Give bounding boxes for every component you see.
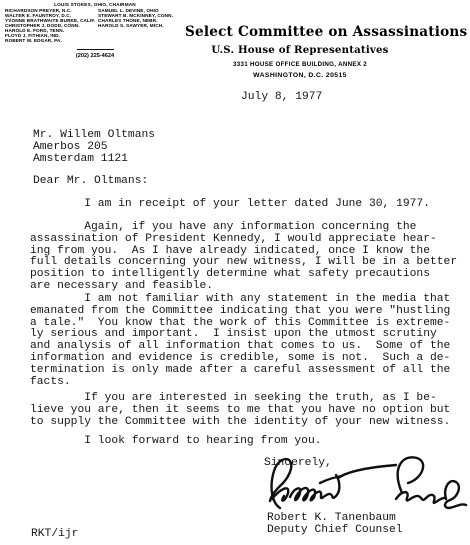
chamber-name: U.S. House of Representatives xyxy=(185,44,415,56)
phone-number: (202) 225-4624 xyxy=(0,53,190,59)
recipient-address: Mr. Willem OltmansAmerbos 205Amsterdam 1… xyxy=(33,130,155,165)
phone-divider-rule xyxy=(77,49,114,50)
members-column-left: RICHARDSON PREYER, N.C. WALTER E. FAUNTR… xyxy=(5,8,95,43)
paragraph-5: I look forward to hearing from you. xyxy=(30,436,468,448)
signature-ink xyxy=(290,475,342,500)
member-name: ROBERT W. EDGAR, PA. xyxy=(5,38,95,43)
signature-ink xyxy=(270,459,291,508)
reference-initials: RKT/ijr xyxy=(31,529,78,541)
letterhead-title-block: Select Committee on Assassinations U.S. … xyxy=(185,24,415,79)
committee-name: Select Committee on Assassinations xyxy=(185,24,415,40)
recipient-city: Amsterdam 1121 xyxy=(33,154,155,166)
signature-ink xyxy=(445,481,466,508)
salutation: Dear Mr. Oltmans: xyxy=(33,176,148,188)
paragraph-2: Again, if you have any information conce… xyxy=(30,222,468,293)
recipient-street: Amerbos 205 xyxy=(33,142,155,154)
chairman-line: LOUIS STOKES, OHIO, CHAIRMAN xyxy=(0,2,190,7)
paragraph-4: If you are interested in seeking the tru… xyxy=(30,393,468,428)
signer-title: Deputy Chief Counsel xyxy=(267,525,403,537)
letter-date: July 8, 1977 xyxy=(241,92,322,104)
members-column-right: SAMUEL L. DEVINE, OHIO STEWART B. MCKINN… xyxy=(98,8,173,28)
signature-ink xyxy=(338,457,445,503)
paragraph-1: I am in receipt of your letter dated Jun… xyxy=(30,199,468,211)
paragraph-3: I am not familiar with any statement in … xyxy=(30,294,468,388)
city-zip: WASHINGTON, D.C. 20515 xyxy=(185,72,415,79)
office-address: 3331 HOUSE OFFICE BUILDING, ANNEX 2 xyxy=(185,61,415,68)
member-name: HAROLD S. SAWYER, MICH. xyxy=(98,23,173,28)
letter-page: LOUIS STOKES, OHIO, CHAIRMAN RICHARDSON … xyxy=(0,0,470,545)
handwritten-signature xyxy=(250,452,470,514)
